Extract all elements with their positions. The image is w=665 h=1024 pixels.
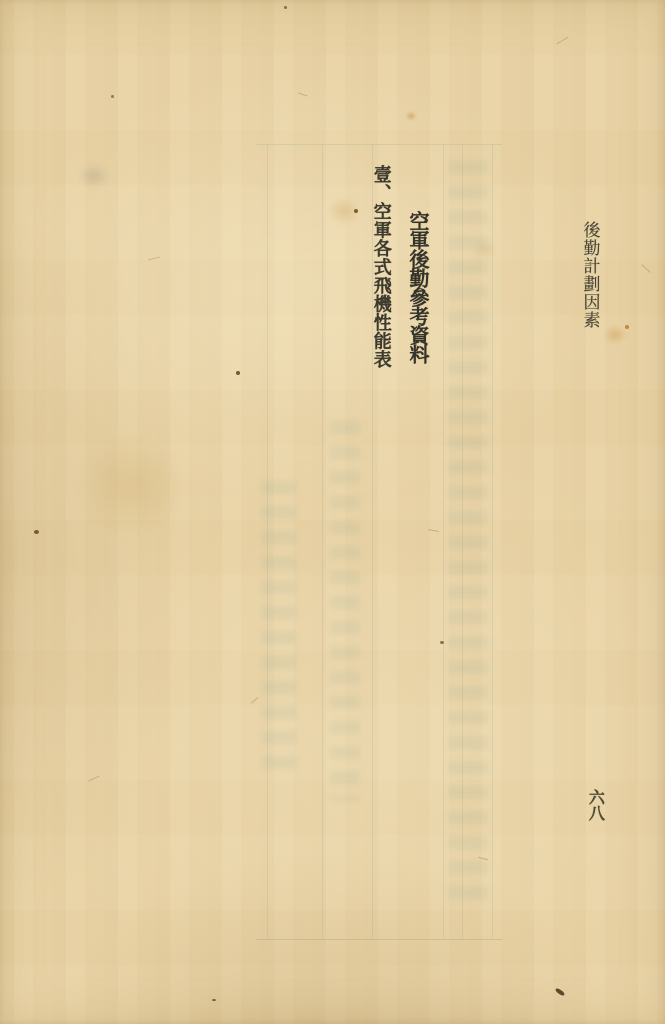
paper-fiber [298, 92, 308, 96]
running-head-label: 後勤計劃因素 [580, 221, 600, 329]
page-title: 空軍後勤參考資料 [405, 211, 428, 363]
paper-speck [212, 999, 216, 1001]
paper-speck [625, 325, 629, 329]
paper-speck [236, 371, 240, 375]
ghost-text-column [448, 161, 488, 901]
paper-stain [404, 110, 418, 122]
paper-speck [440, 641, 444, 644]
ghost-table-line [492, 145, 493, 939]
section-heading: 壹、空軍各式飛機性能表 [371, 165, 392, 369]
paper-stain [470, 238, 500, 262]
paper-stain [74, 160, 114, 192]
ghost-table-line [322, 145, 323, 939]
page-number: 六八 [585, 789, 603, 821]
paper-speck [354, 209, 358, 213]
paper-stain [322, 192, 366, 230]
paper-speck [111, 95, 114, 98]
paper-speck [284, 6, 287, 9]
paper-fiber [641, 264, 651, 273]
ghost-table-line [443, 145, 444, 939]
paper-speck [34, 530, 39, 534]
ghost-text-column [330, 421, 360, 801]
paper-page: 後勤計劃因素 空軍後勤參考資料 壹、空軍各式飛機性能表 六八 [0, 0, 665, 1024]
paper-fiber [557, 37, 569, 44]
paper-speck [555, 987, 565, 996]
ghost-text-column [262, 481, 296, 781]
paper-stain [58, 418, 203, 553]
paper-fiber [88, 776, 99, 782]
paper-fiber [148, 257, 160, 261]
